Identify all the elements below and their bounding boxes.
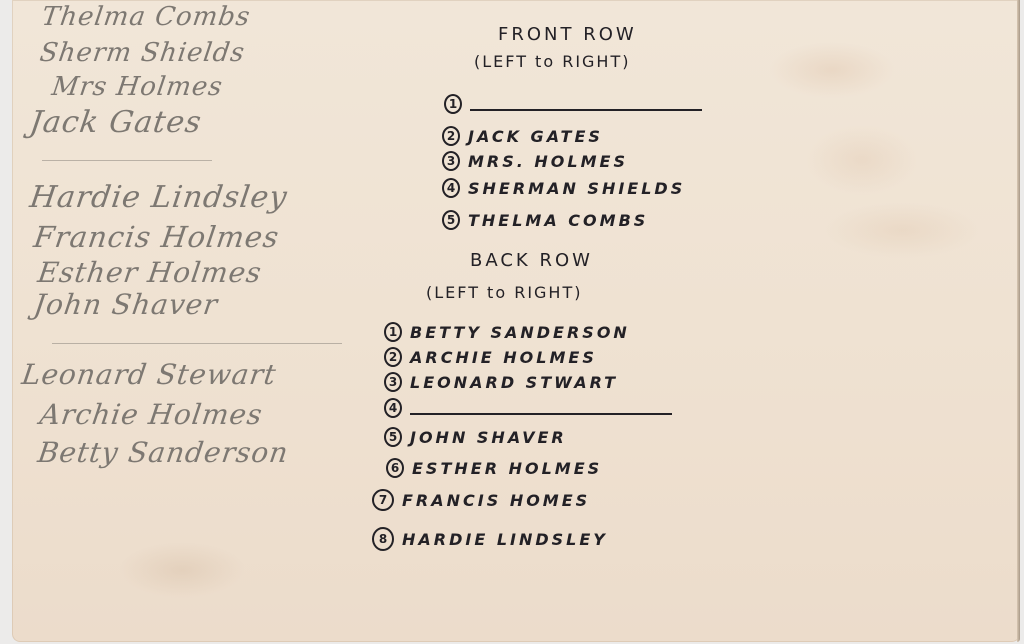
number-circle: 1 [384, 322, 402, 342]
back-row-entry-1: 1 BETTY SANDERSON [384, 320, 630, 344]
back-row-heading: BACK ROW [470, 250, 593, 271]
back-row-entry-7: 7 FRANCIS HOMES [372, 488, 590, 512]
person-name: HARDIE LINDSLEY [402, 530, 608, 549]
pencil-name: Sherm Shields [38, 38, 247, 68]
front-row-entry-4: 4 SHERMAN SHIELDS [442, 176, 685, 200]
pencil-name: Leonard Stewart [20, 360, 278, 390]
back-row-entry-2: 2 ARCHIE HOLMES [384, 345, 597, 369]
number-circle: 6 [386, 458, 404, 478]
number-circle: 2 [384, 347, 402, 367]
front-row-heading: FRONT ROW [498, 24, 637, 45]
card-edge [1017, 0, 1020, 642]
back-row-entry-8: 8 HARDIE LINDSLEY [372, 527, 608, 551]
pencil-divider [52, 343, 342, 344]
pencil-name: Archie Holmes [38, 400, 265, 430]
person-name: THELMA COMBS [468, 211, 648, 230]
front-row-entry-1: 1 [444, 92, 702, 116]
person-name: ESTHER HOLMES [412, 459, 602, 478]
number-circle: 2 [442, 126, 460, 146]
number-circle: 5 [442, 210, 460, 230]
person-name: ARCHIE HOLMES [410, 348, 597, 367]
person-name: FRANCIS HOMES [402, 491, 590, 510]
pencil-name: Thelma Combs [40, 2, 253, 32]
pencil-divider [42, 160, 212, 161]
number-circle: 1 [444, 94, 462, 114]
front-row-entry-3: 3 MRS. HOLMES [442, 149, 628, 173]
back-row-entry-3: 3 LEONARD STWART [384, 370, 618, 394]
pencil-name: Esther Holmes [36, 258, 264, 288]
pencil-name: John Shaver [32, 290, 220, 320]
front-row-entry-5: 5 THELMA COMBS [442, 208, 648, 232]
number-circle: 5 [384, 427, 402, 447]
pencil-name: Hardie Lindsley [28, 183, 289, 213]
back-row-entry-5: 5 JOHN SHAVER [384, 425, 567, 449]
person-name: SHERMAN SHIELDS [468, 179, 685, 198]
back-row-entry-6: 6 ESTHER HOLMES [386, 456, 602, 480]
back-row-subheading: (LEFT to RIGHT) [426, 283, 582, 302]
person-name: LEONARD STWART [410, 373, 618, 392]
front-row-entry-2: 2 JACK GATES [442, 124, 603, 148]
pencil-name: Francis Holmes [32, 222, 281, 252]
number-circle: 4 [384, 398, 402, 418]
number-circle: 3 [384, 372, 402, 392]
number-circle: 4 [442, 178, 460, 198]
number-circle: 8 [372, 527, 394, 551]
pencil-name: Jack Gates [28, 108, 204, 138]
blank-name-line [470, 109, 702, 111]
pencil-name: Mrs Holmes [50, 72, 225, 102]
person-name: JOHN SHAVER [410, 428, 567, 447]
number-circle: 3 [442, 151, 460, 171]
person-name: JACK GATES [468, 127, 603, 146]
person-name: MRS. HOLMES [468, 152, 628, 171]
back-row-entry-4: 4 [384, 396, 672, 420]
photo-card-back: Thelma Combs Sherm Shields Mrs Holmes Ja… [12, 0, 1020, 642]
number-circle: 7 [372, 489, 394, 511]
blank-name-line [410, 413, 672, 415]
front-row-subheading: (LEFT to RIGHT) [474, 52, 630, 71]
pencil-name: Betty Sanderson [36, 438, 291, 468]
person-name: BETTY SANDERSON [410, 323, 630, 342]
